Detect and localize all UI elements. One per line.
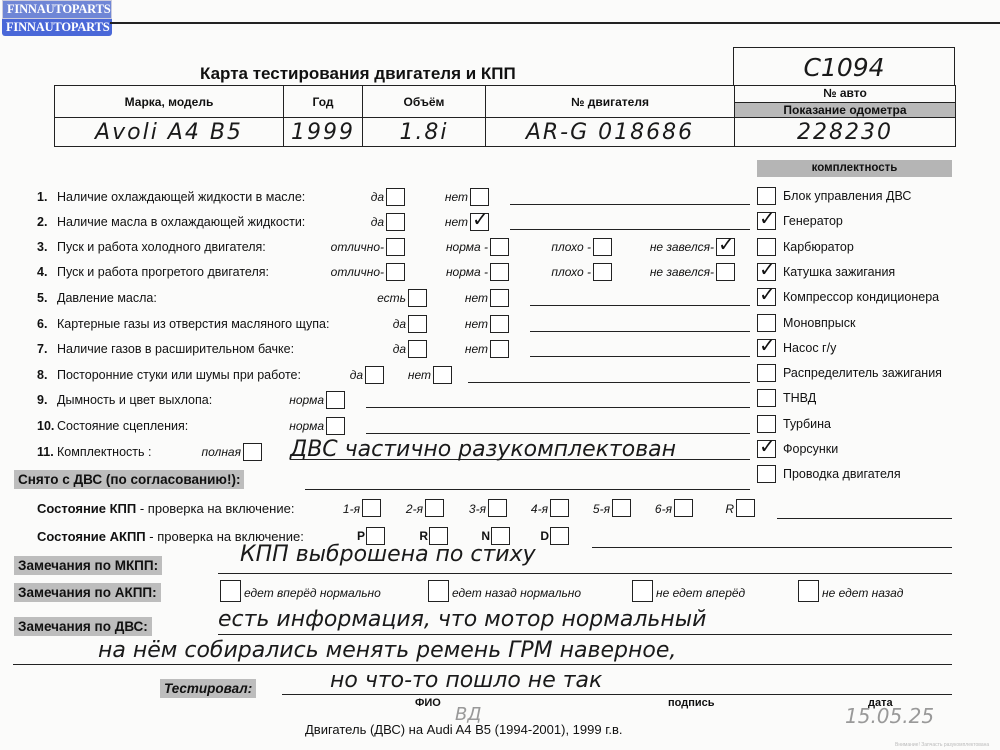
option-label: да <box>371 215 384 229</box>
checkbox-item3-4[interactable]: ✓ <box>716 238 735 256</box>
completeness-label: Распределитель зажигания <box>783 366 942 380</box>
removed-field[interactable] <box>305 489 750 490</box>
remarks-akpp-label: Замечания по АКПП: <box>14 583 161 602</box>
auto-number-value: C1094 <box>733 47 955 86</box>
removed-label: Снято с ДВС (по согласованию!): <box>14 470 244 489</box>
akpp-checkbox-2[interactable] <box>428 580 449 602</box>
item-number: 1. <box>37 190 57 204</box>
mode-label: D <box>540 529 549 543</box>
option-label: норма <box>289 393 324 407</box>
completeness-label: Компрессор кондиционера <box>783 290 939 304</box>
option-label: нет <box>445 215 468 229</box>
checkmark-icon: ✓ <box>759 434 776 458</box>
gear-label: 2-я <box>406 502 423 516</box>
fio-caption: ФИО <box>415 697 441 709</box>
item-label: Наличие масла в охлаждающей жидкости: <box>57 215 305 229</box>
val-year: 1999 <box>284 118 363 147</box>
option-label: полная <box>202 445 241 459</box>
gear-label: 4-я <box>531 502 548 516</box>
mode-checkbox-4[interactable] <box>550 527 569 545</box>
checkbox-item3-3[interactable] <box>593 238 612 256</box>
checkbox-item6-2[interactable] <box>490 315 509 333</box>
val-make-model: Avoli A4 B5 <box>55 118 284 147</box>
mode-label: R <box>419 529 428 543</box>
tester-label: Тестировал: <box>160 679 256 698</box>
checkmark-icon: ✓ <box>472 207 489 231</box>
checkbox-item5-2[interactable] <box>490 289 509 307</box>
checkbox-item5-1[interactable] <box>408 289 427 307</box>
akpp-option-label: едет вперёд нормально <box>244 586 381 600</box>
option-label: норма - <box>446 240 488 254</box>
checklist-item-1: 1.Наличие охлаждающей жидкости в масле: <box>37 190 305 204</box>
tester-field[interactable] <box>282 694 952 695</box>
option-label: норма <box>289 419 324 433</box>
manual-gearbox-notes[interactable] <box>777 518 952 519</box>
completeness-label: Генератор <box>783 214 843 228</box>
checkbox-item10-1[interactable] <box>326 417 345 435</box>
remarks-dvs-line-1: есть информация, что мотор нормальный <box>218 607 706 632</box>
page-title: Карта тестирования двигателя и КПП <box>200 64 516 84</box>
completeness-checkbox-12[interactable] <box>757 465 776 483</box>
notes-line-9[interactable] <box>366 407 750 408</box>
gear-checkbox-1[interactable] <box>362 499 381 517</box>
gear-checkbox-2[interactable] <box>425 499 444 517</box>
val-engine-number: AR-G 018686 <box>486 118 735 147</box>
option-label: отлично- <box>331 240 384 254</box>
item-label: Пуск и работа прогретого двигателя: <box>57 265 269 279</box>
footer-caption: Двигатель (ДВС) на Audi A4 B5 (1994-2001… <box>305 722 622 737</box>
completeness-label: Блок управления ДВС <box>783 189 911 203</box>
completeness-label: Моновпрыск <box>783 316 855 330</box>
gear-label: R <box>725 502 734 516</box>
checkbox-item1-2[interactable] <box>470 188 489 206</box>
remarks-dvs-line-3: но что-то пошло не так <box>330 668 602 693</box>
completeness-checkbox-6[interactable] <box>757 314 776 332</box>
item-number: 3. <box>37 240 57 254</box>
val-odometer: 228230 <box>735 118 956 147</box>
checkbox-item8-1[interactable] <box>365 366 384 384</box>
completeness-checkbox-5[interactable]: ✓ <box>757 288 776 306</box>
brand-logo: FINNAUTOPARTS FINNAUTOPARTS <box>2 0 112 36</box>
completeness-checkbox-11[interactable]: ✓ <box>757 440 776 458</box>
option-label: да <box>371 190 384 204</box>
notes-line-1[interactable] <box>510 204 750 205</box>
item-label: Комплектность : <box>57 445 151 459</box>
completeness-label: Катушка зажигания <box>783 265 895 279</box>
option-label: нет <box>465 342 488 356</box>
checklist-item-9: 9.Дымность и цвет выхлопа: <box>37 393 212 407</box>
checkbox-item1-1[interactable] <box>386 188 405 206</box>
completeness-checkbox-3[interactable] <box>757 238 776 256</box>
date-value: 15.05.25 <box>845 704 934 728</box>
checkbox-item4-1[interactable] <box>386 263 405 281</box>
gear-label: 5-я <box>593 502 610 516</box>
checkbox-item7-1[interactable] <box>408 340 427 358</box>
watermark: Внимание! Запчасть разукомплектована <box>895 742 989 748</box>
checkbox-item4-4[interactable] <box>716 263 735 281</box>
item-number: 6. <box>37 317 57 331</box>
item-label: Наличие охлаждающей жидкости в масле: <box>57 190 305 204</box>
item-number: 4. <box>37 265 57 279</box>
option-label: норма - <box>446 265 488 279</box>
gear-checkbox-6[interactable] <box>674 499 693 517</box>
logo-line-2: FINNAUTOPARTS <box>2 19 112 36</box>
item-number: 9. <box>37 393 57 407</box>
option-label: нет <box>465 291 488 305</box>
completeness-label: Проводка двигателя <box>783 467 901 481</box>
option-label: да <box>350 368 363 382</box>
item-number: 2. <box>37 215 57 229</box>
notes-line-7[interactable] <box>530 356 750 357</box>
checkbox-item4-2[interactable] <box>490 263 509 281</box>
completeness-label: Турбина <box>783 417 831 431</box>
checklist-item-3: 3.Пуск и работа холодного двигателя: <box>37 240 266 254</box>
remarks-mkpp-value: КПП выброшена по стиху <box>240 542 536 567</box>
item-number: 5. <box>37 291 57 305</box>
completeness-note: ДВС частично разукомплектован <box>290 437 676 462</box>
checklist-item-2: 2.Наличие масла в охлаждающей жидкости: <box>37 215 305 229</box>
gear-label: 1-я <box>343 502 360 516</box>
checkbox-item11-1[interactable] <box>243 443 262 461</box>
item-label: Наличие газов в расширительном бачке: <box>57 342 294 356</box>
checklist-item-8: 8.Посторонние стуки или шумы при работе: <box>37 368 301 382</box>
option-label: да <box>393 317 406 331</box>
notes-line-5[interactable] <box>530 305 750 306</box>
mode-label: N <box>481 529 490 543</box>
option-label: да <box>393 342 406 356</box>
remarks-dvs-line-2: на нём собирались менять ремень ГРМ наве… <box>98 638 676 663</box>
checklist-item-7: 7.Наличие газов в расширительном бачке: <box>37 342 294 356</box>
auto-number-label: № авто <box>735 86 955 103</box>
akpp-checkbox-4[interactable] <box>798 580 819 602</box>
option-label: нет <box>465 317 488 331</box>
checkmark-icon: ✓ <box>759 257 776 281</box>
item-label: Состояние сцепления: <box>57 419 188 433</box>
item-label: Давление масла: <box>57 291 157 305</box>
gear-checkbox-3[interactable] <box>488 499 507 517</box>
completeness-label: ТНВД <box>783 391 816 405</box>
checkbox-item3-2[interactable] <box>490 238 509 256</box>
col-volume: Объём <box>363 86 486 118</box>
top-divider <box>110 22 1000 24</box>
col-odometer: Показание одометра <box>735 103 955 117</box>
gear-label: 3-я <box>469 502 486 516</box>
col-year: Год <box>284 86 363 118</box>
completeness-checkbox-8[interactable] <box>757 364 776 382</box>
completeness-checkbox-1[interactable] <box>757 187 776 205</box>
akpp-option-label: не едет назад <box>822 586 903 600</box>
remarks-dvs-field-2[interactable] <box>13 664 952 665</box>
notes-line-8[interactable] <box>468 382 750 383</box>
notes-line-10[interactable] <box>366 433 750 434</box>
logo-line-1: FINNAUTOPARTS <box>2 0 112 19</box>
checkmark-icon: ✓ <box>759 282 776 306</box>
checklist-item-6: 6.Картерные газы из отверстия масляного … <box>37 317 329 331</box>
akpp-checkbox-3[interactable] <box>632 580 653 602</box>
completeness-checkbox-4[interactable]: ✓ <box>757 263 776 281</box>
checkbox-item4-3[interactable] <box>593 263 612 281</box>
mode-label: P <box>357 529 365 543</box>
checkmark-icon: ✓ <box>759 333 776 357</box>
remarks-dvs-field-1[interactable] <box>218 634 952 635</box>
notes-line-6[interactable] <box>530 331 750 332</box>
checkbox-item7-2[interactable] <box>490 340 509 358</box>
gear-checkbox-5[interactable] <box>612 499 631 517</box>
gear-checkbox-4[interactable] <box>550 499 569 517</box>
option-label: плохо - <box>551 265 591 279</box>
option-label: отлично- <box>331 265 384 279</box>
signature-caption: подпись <box>668 697 715 709</box>
checklist-item-5: 5.Давление масла: <box>37 291 157 305</box>
item-label: Посторонние стуки или шумы при работе: <box>57 368 301 382</box>
item-label: Картерные газы из отверстия масляного щу… <box>57 317 329 331</box>
completeness-label: Карбюратор <box>783 240 854 254</box>
checkbox-item2-2[interactable]: ✓ <box>470 213 489 231</box>
gear-checkbox-7[interactable] <box>736 499 755 517</box>
checkbox-item2-1[interactable] <box>386 213 405 231</box>
completeness-label: Форсунки <box>783 442 838 456</box>
item-label: Пуск и работа холодного двигателя: <box>57 240 266 254</box>
completeness-title: комплектность <box>757 160 952 177</box>
option-label: нет <box>408 368 431 382</box>
remarks-mkpp-field[interactable] <box>218 573 952 574</box>
item-number: 8. <box>37 368 57 382</box>
col-engine-number: № двигателя <box>486 86 735 118</box>
checkbox-item8-2[interactable] <box>433 366 452 384</box>
val-volume: 1.8i <box>363 118 486 147</box>
checklist-item-10: 10.Состояние сцепления: <box>37 419 188 433</box>
item-label: Дымность и цвет выхлопа: <box>57 393 212 407</box>
checklist-item-4: 4.Пуск и работа прогретого двигателя: <box>37 265 269 279</box>
col-make-model: Марка, модель <box>55 86 284 118</box>
auto-gearbox-notes[interactable] <box>592 547 952 548</box>
item-number: 11. <box>37 445 57 459</box>
completeness-checkbox-10[interactable] <box>757 415 776 433</box>
akpp-option-label: не едет вперёд <box>656 586 745 600</box>
akpp-option-label: едет назад нормально <box>452 586 581 600</box>
akpp-checkbox-1[interactable] <box>220 580 241 602</box>
option-label: не завелся- <box>650 240 714 254</box>
remarks-dvs-label: Замечания по ДВС: <box>14 617 152 636</box>
auto-number-cell: № авто Показание одометра <box>735 86 956 118</box>
header-table: Марка, модель Год Объём № двигателя № ав… <box>54 85 956 147</box>
checkbox-item6-1[interactable] <box>408 315 427 333</box>
completeness-checkbox-2[interactable]: ✓ <box>757 212 776 230</box>
remarks-mkpp-label: Замечания по МКПП: <box>14 556 162 575</box>
completeness-checkbox-9[interactable] <box>757 389 776 407</box>
manual-gearbox-label: Состояние КПП - проверка на включение: <box>37 501 294 516</box>
option-label: плохо - <box>551 240 591 254</box>
checklist-item-11: 11.Комплектность : <box>37 445 151 459</box>
option-label: нет <box>445 190 468 204</box>
checkmark-icon: ✓ <box>718 232 735 256</box>
item-number: 10. <box>37 419 57 433</box>
completeness-checkbox-7[interactable]: ✓ <box>757 339 776 357</box>
gear-label: 6-я <box>655 502 672 516</box>
item-number: 7. <box>37 342 57 356</box>
completeness-label: Насос г/у <box>783 341 836 355</box>
checkbox-item9-1[interactable] <box>326 391 345 409</box>
checkbox-item3-1[interactable] <box>386 238 405 256</box>
option-label: есть <box>377 291 406 305</box>
checkmark-icon: ✓ <box>759 206 776 230</box>
option-label: не завелся- <box>650 265 714 279</box>
notes-line-2[interactable] <box>510 229 750 230</box>
